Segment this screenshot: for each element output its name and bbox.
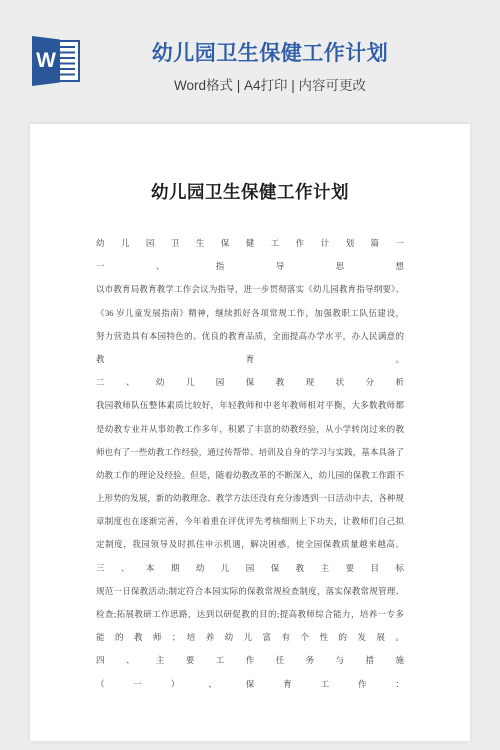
document-line: 幼 儿 园 卫 生 保 健 工 作 计 划 篇 一 — [96, 232, 404, 255]
document-page: 幼儿园卫生保健工作计划 幼 儿 园 卫 生 保 健 工 作 计 划 篇 一一 、… — [30, 124, 470, 741]
site-header: W 幼儿园卫生保健工作计划 Word格式 | A4打印 | 内容可更改 — [0, 0, 500, 124]
word-icon-cover: W — [32, 36, 60, 86]
document-line: 一 、 指 导 思 想 — [96, 255, 404, 278]
page-subtitle: Word格式 | A4打印 | 内容可更改 — [140, 74, 400, 94]
document-line: 能 的 教 师 ； 培 养 幼 儿 富 有 个 性 的 发 展 。 — [96, 626, 404, 649]
document-line: 二 、 幼 儿 园 保 教 现 状 分 析 — [96, 371, 404, 394]
document-line: 三 、 本 期 幼 儿 园 保 教 主 要 目 标 — [96, 557, 404, 580]
document-title: 幼儿园卫生保健工作计划 — [96, 180, 404, 232]
document-line: 规范一日保教活动;制定符合本园实际的保教常规检查制度，落实保教常规管理、 — [96, 580, 404, 603]
document-body: 幼 儿 园 卫 生 保 健 工 作 计 划 篇 一一 、 指 导 思 想以市教育… — [96, 232, 404, 696]
header-text: 幼儿园卫生保健工作计划 Word格式 | A4打印 | 内容可更改 — [140, 40, 400, 94]
word-icon: W — [32, 36, 80, 86]
page-title: 幼儿园卫生保健工作计划 — [140, 40, 400, 67]
document-line: 四 、 主 要 工 作 任 务 与 措 施 — [96, 649, 404, 672]
word-icon-letter: W — [36, 49, 56, 73]
document-line: （ 一 ） 、 保 育 工 作 ： — [96, 673, 404, 696]
document-line: 《36 岁儿童发展指南》精神，继续抓好各项常规工作，加强教职工队伍建设， — [96, 302, 404, 325]
document-line: 以市教育局教育教学工作会议为指导，进一步贯彻落实《幼儿园教育指导纲要》、 — [96, 278, 404, 301]
document-line: 教 育 。 — [96, 348, 404, 371]
document-line: 我园教师队伍整体素质比较好，年轻教师和中老年教师相对平衡，大多数教师都 — [96, 394, 404, 417]
document-line: 幼教工作的理论及经验。但是，随着幼教改革的不断深入，幼儿园的保教工作跟不 — [96, 464, 404, 487]
document-line: 章制度也在逐渐完善，今年着重在评优评先考核细则上下功夫，让教师们自己拟 — [96, 510, 404, 533]
document-line: 检查;拓展教研工作思路，达到以研促教的目的;提高教师综合能力，培养一专多 — [96, 603, 404, 626]
document-line: 上形势的发展，新的幼教理念、教学方法还没有充分渗透到一日活动中去，各种规 — [96, 487, 404, 510]
document-line: 定制度，我园领导及时抓住申示机遇，解决困惑，使全园保教质量越来越高。 — [96, 533, 404, 556]
document-line: 是幼教专业并从事幼教工作多年，积累了丰富的幼教经验，从小学转岗过来的教 — [96, 418, 404, 441]
document-line: 师也有了一些幼教工作经验，通过传帮带、培训及自身的学习与实践，基本具备了 — [96, 441, 404, 464]
document-line: 努力营造具有本园特色的、优良的教育品质，全面提高办学水平，办人民满意的 — [96, 325, 404, 348]
page-background: W 幼儿园卫生保健工作计划 Word格式 | A4打印 | 内容可更改 幼儿园卫… — [0, 0, 500, 750]
